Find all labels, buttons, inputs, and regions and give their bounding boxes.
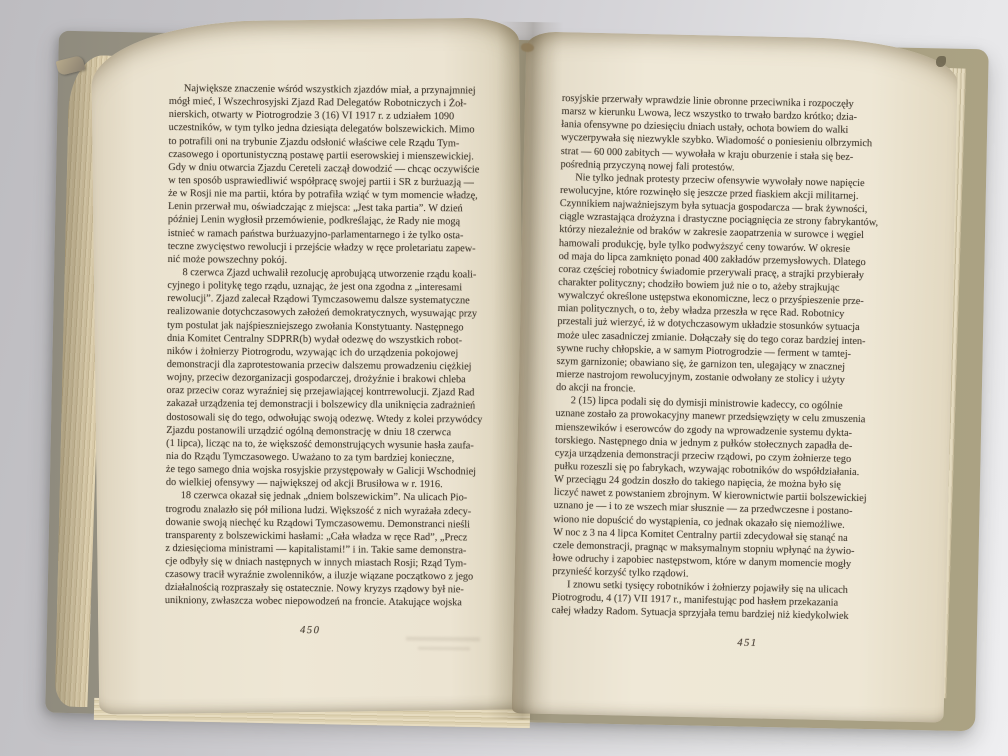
right-page-text: rosyjskie przerwały wprawdzie linie obro…	[551, 92, 905, 653]
paragraph: I znowu setki tysięcy robotników i żołni…	[551, 578, 895, 624]
book-photo: Największe znaczenie wśród wszystkich zj…	[0, 0, 1008, 756]
paragraph: rosyjskie przerwały wprawdzie linie obro…	[560, 92, 905, 178]
paragraph: Nie tylko jednak protesty przeciw ofensy…	[556, 171, 903, 401]
paragraph: Największe znaczenie wśród wszystkich zj…	[168, 82, 514, 269]
paragraph: 2 (15) lipca podali się do dymisji minis…	[552, 394, 899, 585]
text-line: unikniony, zwłaszcza wobec niepowodzeń n…	[165, 594, 510, 610]
paragraph: 18 czerwca okazał się jednak „dniem bols…	[165, 489, 511, 610]
paragraph: 8 czerwca Zjazd uchwalił rezolucję aprob…	[166, 266, 513, 492]
show-through-marks	[406, 637, 480, 642]
left-page-text: Największe znaczenie wśród wszystkich zj…	[165, 82, 514, 638]
gutter-chip-blemish	[521, 43, 534, 52]
show-through-marks	[418, 647, 470, 651]
